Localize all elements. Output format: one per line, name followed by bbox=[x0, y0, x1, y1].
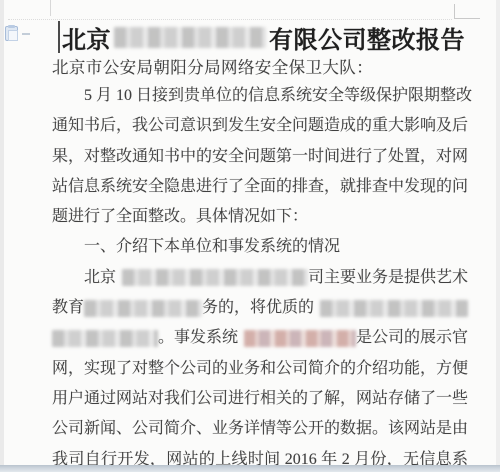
para2-line1-pre: 北京 bbox=[84, 263, 116, 293]
redaction-blur bbox=[84, 300, 202, 317]
margin-corner-mark bbox=[454, 4, 480, 19]
document-page: 北京 有限公司整改报告 北京市公安局朝阳分局网络安全保卫大队： 5 月 10 日… bbox=[0, 0, 500, 472]
para2-line4: 网，实现了对整个公司的业务和公司简介的介绍功能，方便 bbox=[52, 354, 468, 384]
section-heading: 一、介绍下本单位和事发系统的情况 bbox=[52, 232, 468, 262]
para1-line2: 通知书后，我公司意识到发生安全问题造成的重大影响及后 bbox=[52, 111, 468, 141]
title-prefix: 北京 bbox=[62, 20, 111, 55]
para1-line5: 题进行了全面整改。具体情况如下： bbox=[52, 202, 468, 232]
redaction-blur-red bbox=[244, 330, 356, 347]
page-edge-right bbox=[496, 0, 500, 472]
para2-line6: 公司新闻、公司简介、业务详情等公开的数据。该网站是由 bbox=[52, 414, 468, 444]
page-edge-left bbox=[0, 0, 4, 472]
para2-line2: 教育 务的，将优质的 bbox=[52, 293, 468, 323]
dropdown-dash-icon bbox=[22, 33, 30, 35]
para2-line5: 用户通过网站对我们公司进行相关的了解，网站存储了一些 bbox=[52, 384, 468, 414]
para1-line1: 5 月 10 日接到贵单位的信息系统安全等级保护限期整改 bbox=[52, 81, 468, 111]
text-cursor bbox=[58, 21, 60, 53]
clipboard-paste-icon[interactable] bbox=[5, 26, 18, 41]
margin-tick-left bbox=[50, 0, 51, 16]
redaction-blur bbox=[114, 27, 266, 48]
paste-options-button[interactable] bbox=[5, 26, 33, 42]
salutation-line: 北京市公安局朝阳分局网络安全保卫大队： bbox=[52, 56, 472, 80]
para2-line2-mid: 务的，将优质的 bbox=[202, 293, 314, 323]
redaction-blur bbox=[320, 300, 468, 317]
para2-line3: 。事发系统 是公司的展示官 bbox=[52, 323, 468, 353]
para2-line1-post: 司主要业务是提供艺术 bbox=[308, 263, 468, 293]
para2-line1: 北京 司主要业务是提供艺术 bbox=[52, 263, 468, 293]
para1-line3: 果，对整改通知书中的安全问题第一时间进行了处置，对网 bbox=[52, 142, 468, 172]
redaction-blur bbox=[52, 330, 158, 347]
page-edge-bottom bbox=[0, 465, 500, 472]
title-suffix: 有限公司整改报告 bbox=[269, 20, 465, 55]
para2-line3-post: 是公司的展示官 bbox=[356, 323, 468, 353]
redaction-blur bbox=[122, 269, 308, 286]
para2-line2-pre: 教育 bbox=[52, 293, 84, 323]
document-body: 5 月 10 日接到贵单位的信息系统安全等级保护限期整改 通知书后，我公司意识到… bbox=[52, 81, 468, 472]
document-title: 北京 有限公司整改报告 bbox=[58, 18, 462, 56]
para1-line4: 站信息系统安全隐患进行了全面的排查，就排查中发现的问 bbox=[52, 172, 468, 202]
para2-line3-mid: 。事发系统 bbox=[158, 323, 238, 353]
